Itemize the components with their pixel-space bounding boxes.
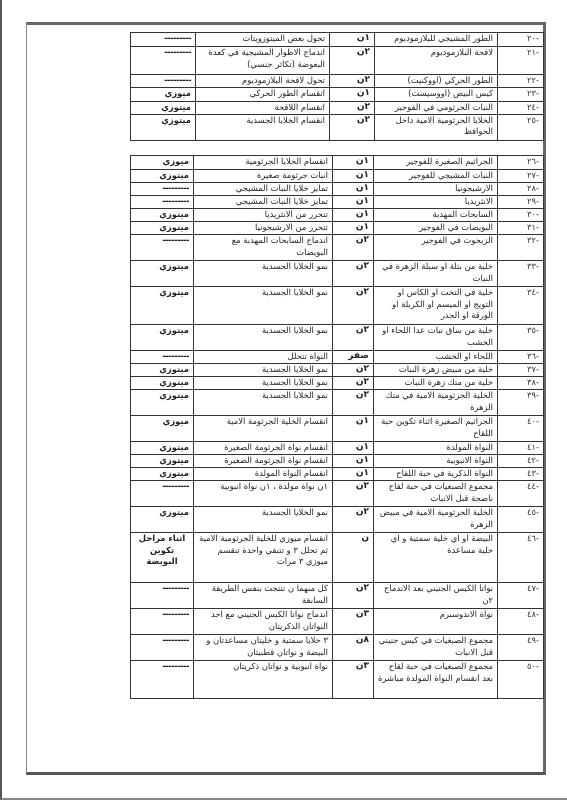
row-number: -٣٩ xyxy=(498,390,544,416)
chromosome-count-cell: ٣ن xyxy=(333,609,374,635)
chromosome-count-cell: ١ن xyxy=(333,416,374,442)
row-number: -٢٢ xyxy=(498,75,544,88)
stage-cell: الخلية الجرثومية الامية في متك الزهرة xyxy=(374,390,498,416)
row-number: -٢٠ xyxy=(498,33,544,47)
table-row: -٢٥ الخلايا الجرثومية الامية داخل الحواف… xyxy=(131,114,544,140)
row-number: -٣٠ xyxy=(498,209,544,222)
stage-cell: البيضة او اي خلية سمتية و اي خلية مساعدة xyxy=(374,533,498,583)
row-number: -٤١ xyxy=(498,442,544,455)
chromosome-count-cell: ٢ن xyxy=(330,47,375,75)
division-type-cell: ميتوزي xyxy=(131,287,194,325)
stage-cell: الجراثيم الصغيرة للفوجير xyxy=(374,156,498,170)
chromosome-table-part-1: -٢٠ الطور المشيجي للبلازموديوم ١ن تحول ب… xyxy=(130,32,544,141)
division-type-cell: --------- xyxy=(131,481,194,507)
origin-cell: نمو الخلايا الجسدية xyxy=(194,507,333,533)
table-row: -٤٥ الخلية الجرثومية الامية في مبيض الزه… xyxy=(131,507,544,533)
table-1-body: -٢٠ الطور المشيجي للبلازموديوم ١ن تحول ب… xyxy=(131,33,544,141)
division-type-cell: --------- xyxy=(131,609,194,635)
division-type-cell: ميتوزي xyxy=(131,170,194,183)
division-type-cell: ميتوزي xyxy=(131,507,194,533)
stage-cell: النواة الانبوبية xyxy=(374,455,498,468)
stage-cell: الخلية الجرثومية الامية في مبيض الزهرة xyxy=(374,507,498,533)
row-number: -٢٦ xyxy=(498,156,544,170)
chromosome-count-cell: ١ن xyxy=(333,196,374,209)
origin-cell: اندماج السابحات المهدبة مع البويضات xyxy=(194,235,333,261)
division-type-cell: ميتوزي xyxy=(131,222,194,235)
row-number: -٣٤ xyxy=(498,287,544,325)
row-number: -٢٨ xyxy=(498,183,544,196)
table-row: -٣٢ الزيجوت في الفوجير ٢ن اندماج السابحا… xyxy=(131,235,544,261)
table-row: -٤٢ النواة الانبوبية ١ن انقسام نواة الجر… xyxy=(131,455,544,468)
stage-cell: كيس البيض (اووسيست) xyxy=(375,88,498,102)
table-row: -٣٨ خلية من متك زهرة النبات ٢ن نمو الخلا… xyxy=(131,377,544,390)
division-type-cell: ميتوزي xyxy=(131,209,194,222)
stage-cell: النواة الذكرية في حبة اللقاح xyxy=(374,468,498,481)
origin-cell: انقسام الخلايا الجسدية xyxy=(196,114,330,140)
stage-cell: النواة المولدة xyxy=(374,442,498,455)
chromosome-count-cell: ٣ن xyxy=(333,661,374,699)
row-number: -٤٤ xyxy=(498,481,544,507)
chromosome-count-cell: ٢ن xyxy=(333,235,374,261)
row-number: -٤٠ xyxy=(498,416,544,442)
division-type-cell: ميتوزي xyxy=(131,455,194,468)
row-number: -٣٥ xyxy=(498,325,544,351)
origin-cell: انقسام نواة الجرثومة الصغيرة xyxy=(194,455,333,468)
stage-cell: الارشيجونيا xyxy=(374,183,498,196)
origin-cell: انقسام الطور الحركي xyxy=(196,88,330,102)
division-type-cell: ميتوزي xyxy=(131,390,194,416)
table-row: -٢٤ النبات الجرثومي في الفوجير ٢ن انقسام… xyxy=(131,102,544,115)
stage-cell: النبات الجرثومي في الفوجير xyxy=(375,102,498,115)
chromosome-count-cell: ٢ن xyxy=(333,583,374,609)
row-number: -٣٧ xyxy=(498,364,544,377)
origin-cell: انقسام اللاقحة xyxy=(196,102,330,115)
table-row: -٢٢ الطور الحركي (اووكنيت) ٢ن تحول لاقحة… xyxy=(131,75,544,88)
origin-cell: انبات جرثومة صغيرة xyxy=(194,170,333,183)
table-row: -٤٤ مجموع الصبغيات في حبة لقاح ناضجة قبل… xyxy=(131,481,544,507)
division-type-cell: ميوزي xyxy=(131,416,194,442)
stage-cell: نواة الاندوسبرم xyxy=(374,609,498,635)
division-type-cell: ميتوزي xyxy=(131,364,194,377)
division-type-cell: ميوزي xyxy=(131,156,194,170)
chromosome-table-part-2: -٢٦ الجراثيم الصغيرة للفوجير ١ن انقسام ا… xyxy=(130,155,544,699)
division-type-cell: ميتوزي xyxy=(131,468,194,481)
table-row: -٣٣ خلية من بتلة او سبلة الزهرة في النبا… xyxy=(131,261,544,287)
origin-cell: نمو الخلايا الجسدية xyxy=(194,364,333,377)
stage-cell: الجراثيم الصغيرة اثناء تكوين حبة اللقاح xyxy=(374,416,498,442)
origin-cell: انقسام الخلية الجرثومة الامية xyxy=(194,416,333,442)
row-number: -٤٩ xyxy=(498,635,544,661)
stage-cell: خلية في التخت او الكاس او التويج او المي… xyxy=(374,287,498,325)
origin-cell: نمو الخلايا الجسدية xyxy=(194,377,333,390)
stage-cell: السابحات المهدبة xyxy=(374,209,498,222)
table-row: -٢١ لاقحة البلازموديوم ٢ن اندماج الاطوار… xyxy=(131,47,544,75)
chromosome-count-cell: ٢ن xyxy=(333,364,374,377)
division-type-cell: ميتوزي xyxy=(131,325,194,351)
table-row: -٥٠ مجموع الصبغيات في حبة لقاح بعد انقسا… xyxy=(131,661,544,699)
table-row: -٣٧ خلية من مبيض زهرة النبات ٢ن نمو الخل… xyxy=(131,364,544,377)
row-number: -٣٢ xyxy=(498,235,544,261)
chromosome-count-cell: ١ن xyxy=(333,442,374,455)
origin-cell: انقسام الخلايا الجرثومية xyxy=(194,156,333,170)
division-type-cell: اثناء مراحل تكوين البويضة xyxy=(131,533,194,583)
table-row: -٢٦ الجراثيم الصغيرة للفوجير ١ن انقسام ا… xyxy=(131,156,544,170)
origin-cell: تحول لاقحة البلازموديوم xyxy=(196,75,330,88)
division-type-cell: ميتوزي xyxy=(131,102,196,115)
origin-cell: انقسام نواة الجرثومة الصغيرة xyxy=(194,442,333,455)
table-row: -٤٣ النواة الذكرية في حبة اللقاح ١ن انقس… xyxy=(131,468,544,481)
chromosome-count-cell: ١ن xyxy=(333,468,374,481)
stage-cell: الطور الحركي (اووكنيت) xyxy=(375,75,498,88)
row-number: -٣٨ xyxy=(498,377,544,390)
chromosome-count-cell: ٢ن xyxy=(333,287,374,325)
origin-cell: تتحرر من الانثريديا xyxy=(194,209,333,222)
chromosome-count-cell: ١ن xyxy=(330,88,375,102)
origin-cell: نواة انبوبية و نواتان ذكريتان xyxy=(194,661,333,699)
division-type-cell: --------- xyxy=(131,583,194,609)
chromosome-count-cell: ٢ن xyxy=(333,261,374,287)
table-2-body: -٢٦ الجراثيم الصغيرة للفوجير ١ن انقسام ا… xyxy=(131,156,544,699)
row-number: -٤٥ xyxy=(498,507,544,533)
origin-cell: تتحرر من الارشيجونيا xyxy=(194,222,333,235)
origin-cell: كل منهما ن تنتجت بنفس الطريقة السابقة xyxy=(194,583,333,609)
stage-cell: مجموع الصبغيات في حبة لقاح ناضجة قبل الا… xyxy=(374,481,498,507)
row-number: -٢٧ xyxy=(498,170,544,183)
chromosome-count-cell: ٢ن xyxy=(333,481,374,507)
row-number: -٤٢ xyxy=(498,455,544,468)
division-type-cell: --------- xyxy=(131,47,196,75)
division-type-cell: --------- xyxy=(131,235,194,261)
chromosome-count-cell: ١ن xyxy=(333,455,374,468)
division-type-cell: ميوزي xyxy=(131,88,196,102)
division-type-cell: --------- xyxy=(131,196,194,209)
row-number: -٤٣ xyxy=(498,468,544,481)
table-row: -٢٠ الطور المشيجي للبلازموديوم ١ن تحول ب… xyxy=(131,33,544,47)
table-row: -٤٧ نواتا الكيس الجنيني بعد الاندماج ٢ن … xyxy=(131,583,544,609)
stage-cell: مجموع الصبغيات في حبة لقاح بعد انقسام ال… xyxy=(374,661,498,699)
stage-cell: نواتا الكيس الجنيني بعد الاندماج ٢ن xyxy=(374,583,498,609)
table-row: -٢٧ النبات المشيجي للفوجير ١ن انبات جرثو… xyxy=(131,170,544,183)
stage-cell: خلية من مبيض زهرة النبات xyxy=(374,364,498,377)
table-row: -٣٥ خلية من ساق نبات عدا اللحاء او الخشب… xyxy=(131,325,544,351)
chromosome-count-cell: ٢ن xyxy=(333,377,374,390)
division-type-cell: --------- xyxy=(131,33,196,47)
table-row: -٤٩ مجموع الصبغيات في كيس جنيني قبل الان… xyxy=(131,635,544,661)
origin-cell: ١ن نواة مولدة ، ١ن نواة انبوبية xyxy=(194,481,333,507)
row-number: -٤٦ xyxy=(498,533,544,583)
row-number: -٣١ xyxy=(498,222,544,235)
row-number: -٢٤ xyxy=(498,102,544,115)
table-row: -٤٦ البيضة او اي خلية سمتية و اي خلية مس… xyxy=(131,533,544,583)
division-type-cell: --------- xyxy=(131,75,196,88)
stage-cell: الطور المشيجي للبلازموديوم xyxy=(375,33,498,47)
stage-cell: النبات المشيجي للفوجير xyxy=(374,170,498,183)
chromosome-count-cell: ٢ن xyxy=(330,75,375,88)
stage-cell: اللحاء او الخشب xyxy=(374,351,498,364)
table-row: -٣٤ خلية في التخت او الكاس او التويج او … xyxy=(131,287,544,325)
row-number: -٤٧ xyxy=(498,583,544,609)
row-number: -٥٠ xyxy=(498,661,544,699)
stage-cell: لاقحة البلازموديوم xyxy=(375,47,498,75)
origin-cell: انقسام النواة المولدة xyxy=(194,468,333,481)
row-number: -٣٦ xyxy=(498,351,544,364)
stage-cell: مجموع الصبغيات في كيس جنيني قبل الانبات xyxy=(374,635,498,661)
origin-cell: نمو الخلايا الجسدية xyxy=(194,261,333,287)
origin-cell: نمو الخلايا الجسدية xyxy=(194,287,333,325)
table-row: -٣٩ الخلية الجرثومية الامية في متك الزهر… xyxy=(131,390,544,416)
division-type-cell: --------- xyxy=(131,351,194,364)
stage-cell: الزيجوت في الفوجير xyxy=(374,235,498,261)
chromosome-count-cell: ٢ن xyxy=(333,507,374,533)
stage-cell: خلية من بتلة او سبلة الزهرة في النبات xyxy=(374,261,498,287)
chromosome-count-cell: ن xyxy=(333,533,374,583)
division-type-cell: ميتوزي xyxy=(131,114,196,140)
origin-cell: تحول بعض الميتوزويتات xyxy=(196,33,330,47)
chromosome-count-cell: ٢ن xyxy=(333,390,374,416)
stage-cell: الخلايا الجرثومية الامية داخل الحوافظ xyxy=(375,114,498,140)
table-row: -٣٦ اللحاء او الخشب صفر النواة تتحلل ---… xyxy=(131,351,544,364)
division-type-cell: ميتوزي xyxy=(131,442,194,455)
table-row: -٢٩ الانثريديا ١ن تمايز خلايا النبات الم… xyxy=(131,196,544,209)
chromosome-count-cell: ٢ن xyxy=(330,102,375,115)
chromosome-count-cell: ٢ن xyxy=(330,114,375,140)
row-number: -٢٥ xyxy=(498,114,544,140)
table-row: -٤٨ نواة الاندوسبرم ٣ن اندماج نواتا الكي… xyxy=(131,609,544,635)
row-number: -٢٩ xyxy=(498,196,544,209)
row-number: -٢٣ xyxy=(498,88,544,102)
row-number: -٤٨ xyxy=(498,609,544,635)
origin-cell: النواة تتحلل xyxy=(194,351,333,364)
table-row: -٣١ البويضات في الفوجير ١ن تتحرر من الار… xyxy=(131,222,544,235)
division-type-cell: --------- xyxy=(131,183,194,196)
chromosome-count-cell: ١ن xyxy=(330,33,375,47)
division-type-cell: --------- xyxy=(131,635,194,661)
chromosome-count-cell: ١ن xyxy=(333,170,374,183)
chromosome-count-cell: صفر xyxy=(333,351,374,364)
division-type-cell: ميتوزي xyxy=(131,377,194,390)
division-type-cell: --------- xyxy=(131,661,194,699)
origin-cell: انقسام ميوزي للخلية الجرثومية الامية ثم … xyxy=(194,533,333,583)
origin-cell: نمو الخلايا الجسدية xyxy=(194,325,333,351)
row-number: -٣٣ xyxy=(498,261,544,287)
chromosome-count-cell: ٢ن xyxy=(333,325,374,351)
chromosome-count-cell: ١ن xyxy=(333,222,374,235)
table-row: -٣٠ السابحات المهدبة ١ن تتحرر من الانثري… xyxy=(131,209,544,222)
origin-cell: اندماج الاطوار المشيجية في كعدة البعوضة … xyxy=(196,47,330,75)
table-row: -٢٣ كيس البيض (اووسيست) ١ن انقسام الطور … xyxy=(131,88,544,102)
table-row: -٤٠ الجراثيم الصغيرة اثناء تكوين حبة الل… xyxy=(131,416,544,442)
origin-cell: نمو الخلايا الجسدية xyxy=(194,390,333,416)
origin-cell: تمايز خلايا النبات المشيجي xyxy=(194,183,333,196)
chromosome-count-cell: ١ن xyxy=(333,209,374,222)
row-number: -٢١ xyxy=(498,47,544,75)
chromosome-count-cell: ١ن xyxy=(333,156,374,170)
table-row: -٤١ النواة المولدة ١ن انقسام نواة الجرثو… xyxy=(131,442,544,455)
chromosome-count-cell: ١ن xyxy=(333,183,374,196)
stage-cell: خلية من متك زهرة النبات xyxy=(374,377,498,390)
division-type-cell: ميتوزي xyxy=(131,261,194,287)
chromosome-count-cell: ٨ن xyxy=(333,635,374,661)
stage-cell: الانثريديا xyxy=(374,196,498,209)
origin-cell: تمايز خلايا النبات المشيجي xyxy=(194,196,333,209)
origin-cell: ٣ خلايا سمتية و خليتان مساعدتان و البيضة… xyxy=(194,635,333,661)
stage-cell: خلية من ساق نبات عدا اللحاء او الخشب xyxy=(374,325,498,351)
stage-cell: البويضات في الفوجير xyxy=(374,222,498,235)
origin-cell: اندماج نواتا الكيس الجنيني مع احد النوات… xyxy=(194,609,333,635)
table-row: -٢٨ الارشيجونيا ١ن تمايز خلايا النبات ال… xyxy=(131,183,544,196)
